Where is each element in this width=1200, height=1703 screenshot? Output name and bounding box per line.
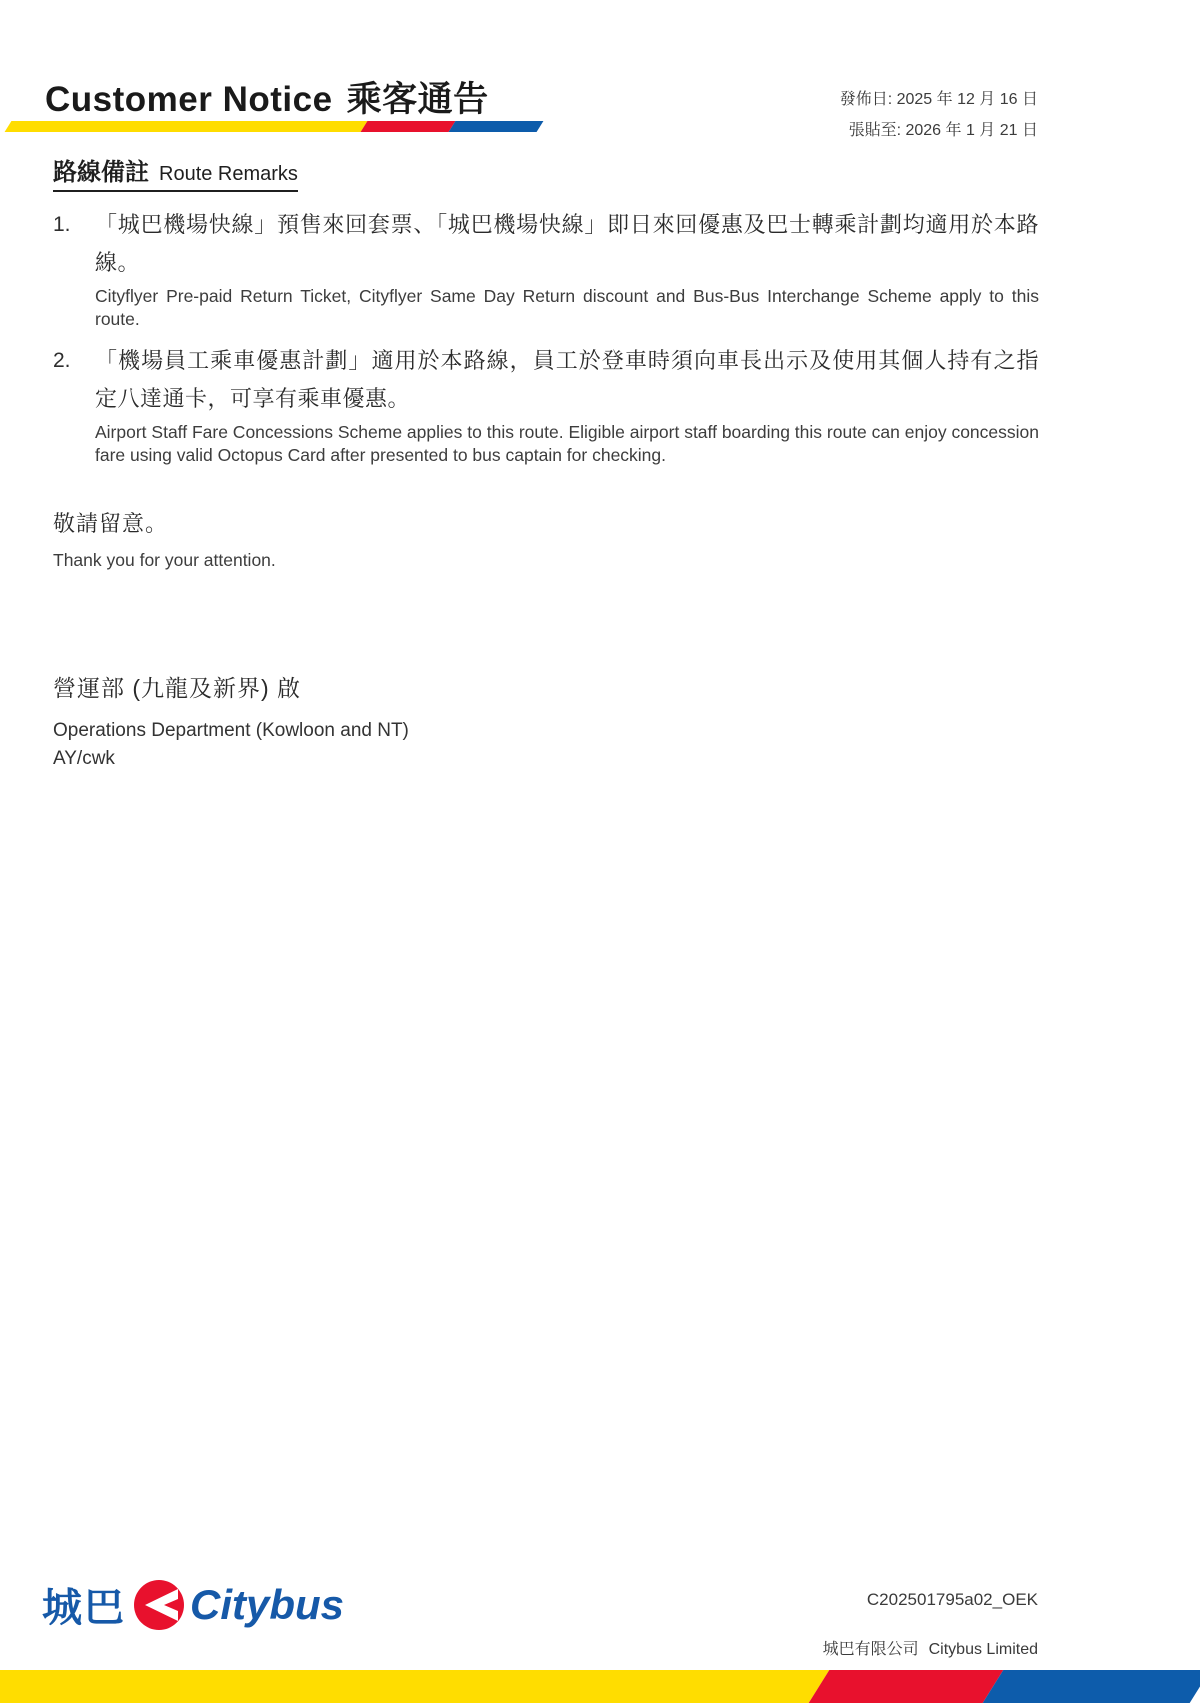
footer-right: C202501795a02_OEK 城巴有限公司Citybus Limited [823,1590,1038,1659]
notice-body: 路線備註Route Remarks 1. 「城巴機場快線」預售來回套票、「城巴機… [53,152,1039,571]
signature-block: 營運部 (九龍及新界) 啟 Operations Department (Kow… [53,670,409,773]
citybus-logo-zh: 城巴 [42,1576,126,1633]
page-title: Customer Notice乘客通告 [45,72,489,122]
stripe-blue-segment [449,121,544,132]
stripe-red-segment [361,121,456,132]
footer-brand-stripe [0,1670,1200,1703]
issue-date: 發佈日: 2025 年 12 月 16 日 [840,84,1038,115]
stripe-red-segment [809,1670,1004,1703]
closing-note-zh: 敬請留意。 [53,507,1039,538]
remark-text-zh: 「機場員工乘車優惠計劃」適用於本路線，員工於登車時須向車長出示及使用其個人持有之… [95,342,1039,418]
remark-number: 2. [53,342,95,467]
citybus-arrow-icon [134,1580,184,1630]
signature-dept-en: Operations Department (Kowloon and NT) [53,717,409,745]
page-title-en: Customer Notice [45,80,333,119]
citybus-logo: 城巴 Citybus [42,1576,352,1633]
route-remarks-heading-zh: 路線備註 [53,159,149,186]
remark-texts: 「機場員工乘車優惠計劃」適用於本路線，員工於登車時須向車長出示及使用其個人持有之… [95,342,1039,467]
remark-texts: 「城巴機場快線」預售來回套票、「城巴機場快線」即日來回優惠及巴士轉乘計劃均適用於… [95,206,1039,331]
remark-item-1: 1. 「城巴機場快線」預售來回套票、「城巴機場快線」即日來回優惠及巴士轉乘計劃均… [53,206,1039,331]
remark-text-en: Cityflyer Pre-paid Return Ticket, Cityfl… [95,285,1039,331]
route-remarks-heading: 路線備註Route Remarks [53,152,298,192]
header-brand-stripe [8,121,543,132]
remark-text-en: Airport Staff Fare Concessions Scheme ap… [95,421,1039,467]
remark-item-2: 2. 「機場員工乘車優惠計劃」適用於本路線，員工於登車時須向車長出示及使用其個人… [53,342,1039,467]
post-until-date: 張貼至: 2026 年 1 月 21 日 [840,115,1038,146]
customer-notice-page: Customer Notice乘客通告 發佈日: 2025 年 12 月 16 … [0,0,1200,1703]
signature-dept-zh: 營運部 (九龍及新界) 啟 [53,670,409,703]
company-name-en: Citybus Limited [929,1641,1038,1658]
company-name-zh: 城巴有限公司 [823,1641,919,1658]
citybus-logo-en: Citybus [190,1581,352,1629]
stripe-yellow-segment [0,1670,829,1703]
company-name: 城巴有限公司Citybus Limited [823,1636,1038,1659]
stripe-blue-segment [983,1670,1200,1703]
page-title-zh: 乘客通告 [347,80,489,119]
notice-dates: 發佈日: 2025 年 12 月 16 日 張貼至: 2026 年 1 月 21… [840,84,1038,146]
closing-note: 敬請留意。 Thank you for your attention. [53,507,1039,571]
stripe-yellow-segment [5,121,368,132]
route-remarks-heading-en: Route Remarks [159,163,298,185]
remark-number: 1. [53,206,95,331]
document-code: C202501795a02_OEK [823,1590,1038,1610]
remark-text-zh: 「城巴機場快線」預售來回套票、「城巴機場快線」即日來回優惠及巴士轉乘計劃均適用於… [95,206,1039,282]
closing-note-en: Thank you for your attention. [53,550,1039,571]
signature-ref: AY/cwk [53,745,409,773]
